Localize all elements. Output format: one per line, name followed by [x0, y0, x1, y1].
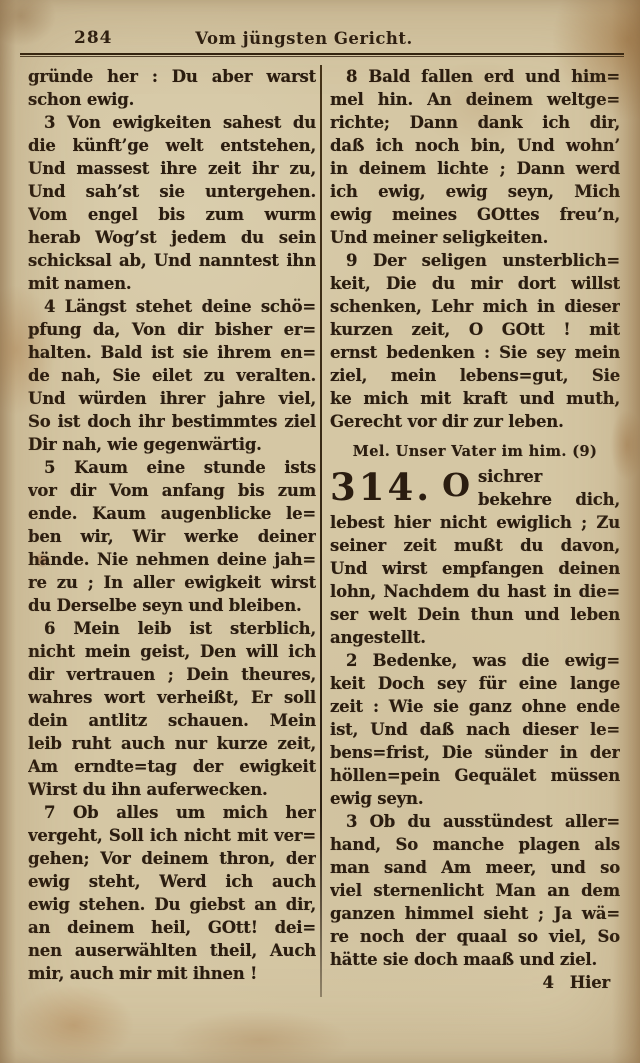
- text-line: 7 Ob alles um mich her: [28, 801, 316, 824]
- text-line: lebest hier nicht ewiglich ; Zu: [330, 511, 620, 534]
- page-edge-shading: [0, 0, 16, 1063]
- text-line: mir, auch mir mit ihnen !: [28, 962, 316, 985]
- text-line: 6 Mein leib ist sterblich,: [28, 617, 316, 640]
- signature-mark: 4: [542, 971, 553, 994]
- text-line: 4 Längst stehet deine schö=: [28, 295, 316, 318]
- text-line: mel hin. An deinem weltge=: [330, 88, 620, 111]
- text-line: Und sah’st sie untergehen.: [28, 180, 316, 203]
- text-line: pfung da, Von dir bisher er=: [28, 318, 316, 341]
- text-line: die künft’ge welt entstehen,: [28, 134, 316, 157]
- text-line: bekehre dich, Du: [478, 488, 620, 511]
- text-line: bens=frist, Die sünder in der: [330, 741, 620, 764]
- text-line: schenken, Lehr mich in dieser: [330, 295, 620, 318]
- text-line: 2 Bedenke, was die ewig=: [330, 649, 620, 672]
- text-line: ganzen himmel sieht ; Ja wä=: [330, 902, 620, 925]
- text-line: re noch der quaal so viel, So: [330, 925, 620, 948]
- text-line: Und würden ihrer jahre viel,: [28, 387, 316, 410]
- text-line: in deinem lichte ; Dann werd: [330, 157, 620, 180]
- text-line: nicht mein geist, Den will ich: [28, 640, 316, 663]
- text-line: ser welt Dein thun und leben: [330, 603, 620, 626]
- book-page: 284 Vom jüngsten Gericht. gründe her : D…: [0, 0, 640, 1063]
- text-line: höllen=pein Gequälet müssen: [330, 764, 620, 787]
- text-line: ende. Kaum augenblicke le=: [28, 502, 316, 525]
- text-line: an deinem heil, GOtt! dei=: [28, 916, 316, 939]
- catchword: Hier: [570, 971, 610, 994]
- text-line: herab Wog’st jedem du sein: [28, 226, 316, 249]
- text-line: 9 Der seligen unsterblich=: [330, 249, 620, 272]
- text-line: daß ich noch bin, Und wohn’: [330, 134, 620, 157]
- text-line: mit namen.: [28, 272, 316, 295]
- text-line: dir vertrauen ; Dein theures,: [28, 663, 316, 686]
- text-line: ewig stehen. Du giebst an dir,: [28, 893, 316, 916]
- text-line: zeit : Wie sie ganz ohne ende: [330, 695, 620, 718]
- text-line: ist, Und daß nach dieser le=: [330, 718, 620, 741]
- right-column: 8 Bald fallen erd und him=mel hin. An de…: [330, 65, 620, 1063]
- text-line: ziel, mein lebens=gut, Sie stär=: [330, 364, 620, 387]
- text-line: richte; Dann dank ich dir,: [330, 111, 620, 134]
- text-line: lohn, Nachdem du hast in die=: [330, 580, 620, 603]
- melody-reference-line: Mel. Unser Vater im him. (9): [330, 442, 620, 462]
- text-line: halten. Bald ist sie ihrem en=: [28, 341, 316, 364]
- text-line: hände. Nie nehmen deine jah=: [28, 548, 316, 571]
- text-line: viel sternenlicht Man an dem: [330, 879, 620, 902]
- catchword-line: 4Hier: [330, 971, 620, 994]
- text-line: man sand Am meer, und so: [330, 856, 620, 879]
- text-line: So ist doch ihr bestimmtes ziel: [28, 410, 316, 433]
- text-line: hätte sie doch maaß und ziel.: [330, 948, 620, 971]
- text-line: nen auserwählten theil, Auch: [28, 939, 316, 962]
- text-line: Am erndte=tag der ewigkeit: [28, 755, 316, 778]
- text-line: ben wir, Wir werke deiner: [28, 525, 316, 548]
- text-line: ich ewig, ewig seyn, Mich: [330, 180, 620, 203]
- text-line: angestellt.: [330, 626, 620, 649]
- text-line: Gerecht vor dir zur leben.: [330, 410, 620, 433]
- text-columns: gründe her : Du aber warstschon ewig.3 V…: [28, 65, 620, 1063]
- text-line: vor dir Vom anfang bis zum: [28, 479, 316, 502]
- text-line: ke mich mit kraft und muth,: [330, 387, 620, 410]
- text-line: Und meiner seligkeiten.: [330, 226, 620, 249]
- text-line: Und wirst empfangen deinen: [330, 557, 620, 580]
- running-title: Vom jüngsten Gericht.: [28, 29, 580, 48]
- text-line: Vom engel bis zum wurm: [28, 203, 316, 226]
- text-line: 3 Ob du ausstündest aller=: [330, 810, 620, 833]
- text-line: schon ewig.: [28, 88, 316, 111]
- text-line: re zu ; In aller ewigkeit wirst: [28, 571, 316, 594]
- text-line: de nah, Sie eilet zu veralten.: [28, 364, 316, 387]
- page-header: 284 Vom jüngsten Gericht.: [28, 26, 580, 52]
- hymn-number: 314.: [330, 465, 432, 509]
- text-line: vergeht, Soll ich nicht mit ver=: [28, 824, 316, 847]
- text-line: 5 Kaum eine stunde ists: [28, 456, 316, 479]
- text-line: gehen; Vor deinem thron, der: [28, 847, 316, 870]
- column-divider-rule: [320, 65, 322, 997]
- text-line: 3 Von ewigkeiten sahest du: [28, 111, 316, 134]
- text-line: keit Doch sey für eine lange: [330, 672, 620, 695]
- text-line: gründe her : Du aber warst: [28, 65, 316, 88]
- text-line: Und massest ihre zeit ihr zu,: [28, 157, 316, 180]
- left-column: gründe her : Du aber warstschon ewig.3 V…: [28, 65, 316, 1063]
- text-line: sichrer mensch!: [478, 465, 620, 488]
- hymn-initial-letter: O: [442, 465, 470, 505]
- header-rule: [20, 53, 624, 57]
- text-line: schicksal ab, Und nanntest ihn: [28, 249, 316, 272]
- text-line: leib ruht auch nur kurze zeit,: [28, 732, 316, 755]
- text-line: wahres wort verheißt, Er soll: [28, 686, 316, 709]
- text-line: ewig seyn.: [330, 787, 620, 810]
- text-line: dein antlitz schauen. Mein: [28, 709, 316, 732]
- text-line: keit, Die du mir dort willst: [330, 272, 620, 295]
- text-line: ernst bedenken : Sie sey mein: [330, 341, 620, 364]
- text-line: Wirst du ihn auferwecken.: [28, 778, 316, 801]
- hymn-start-block: 314.Osichrer mensch!bekehre dich, Du: [330, 465, 620, 511]
- text-line: ewig meines GOttes freu’n,: [330, 203, 620, 226]
- text-line: 8 Bald fallen erd und him=: [330, 65, 620, 88]
- text-line: Dir nah, wie gegenwärtig.: [28, 433, 316, 456]
- text-line: ewig steht, Werd ich auch: [28, 870, 316, 893]
- text-line: hand, So manche plagen als: [330, 833, 620, 856]
- text-line: kurzen zeit, O GOtt ! mit: [330, 318, 620, 341]
- text-line: seiner zeit mußt du davon,: [330, 534, 620, 557]
- text-line: du Derselbe seyn und bleiben.: [28, 594, 316, 617]
